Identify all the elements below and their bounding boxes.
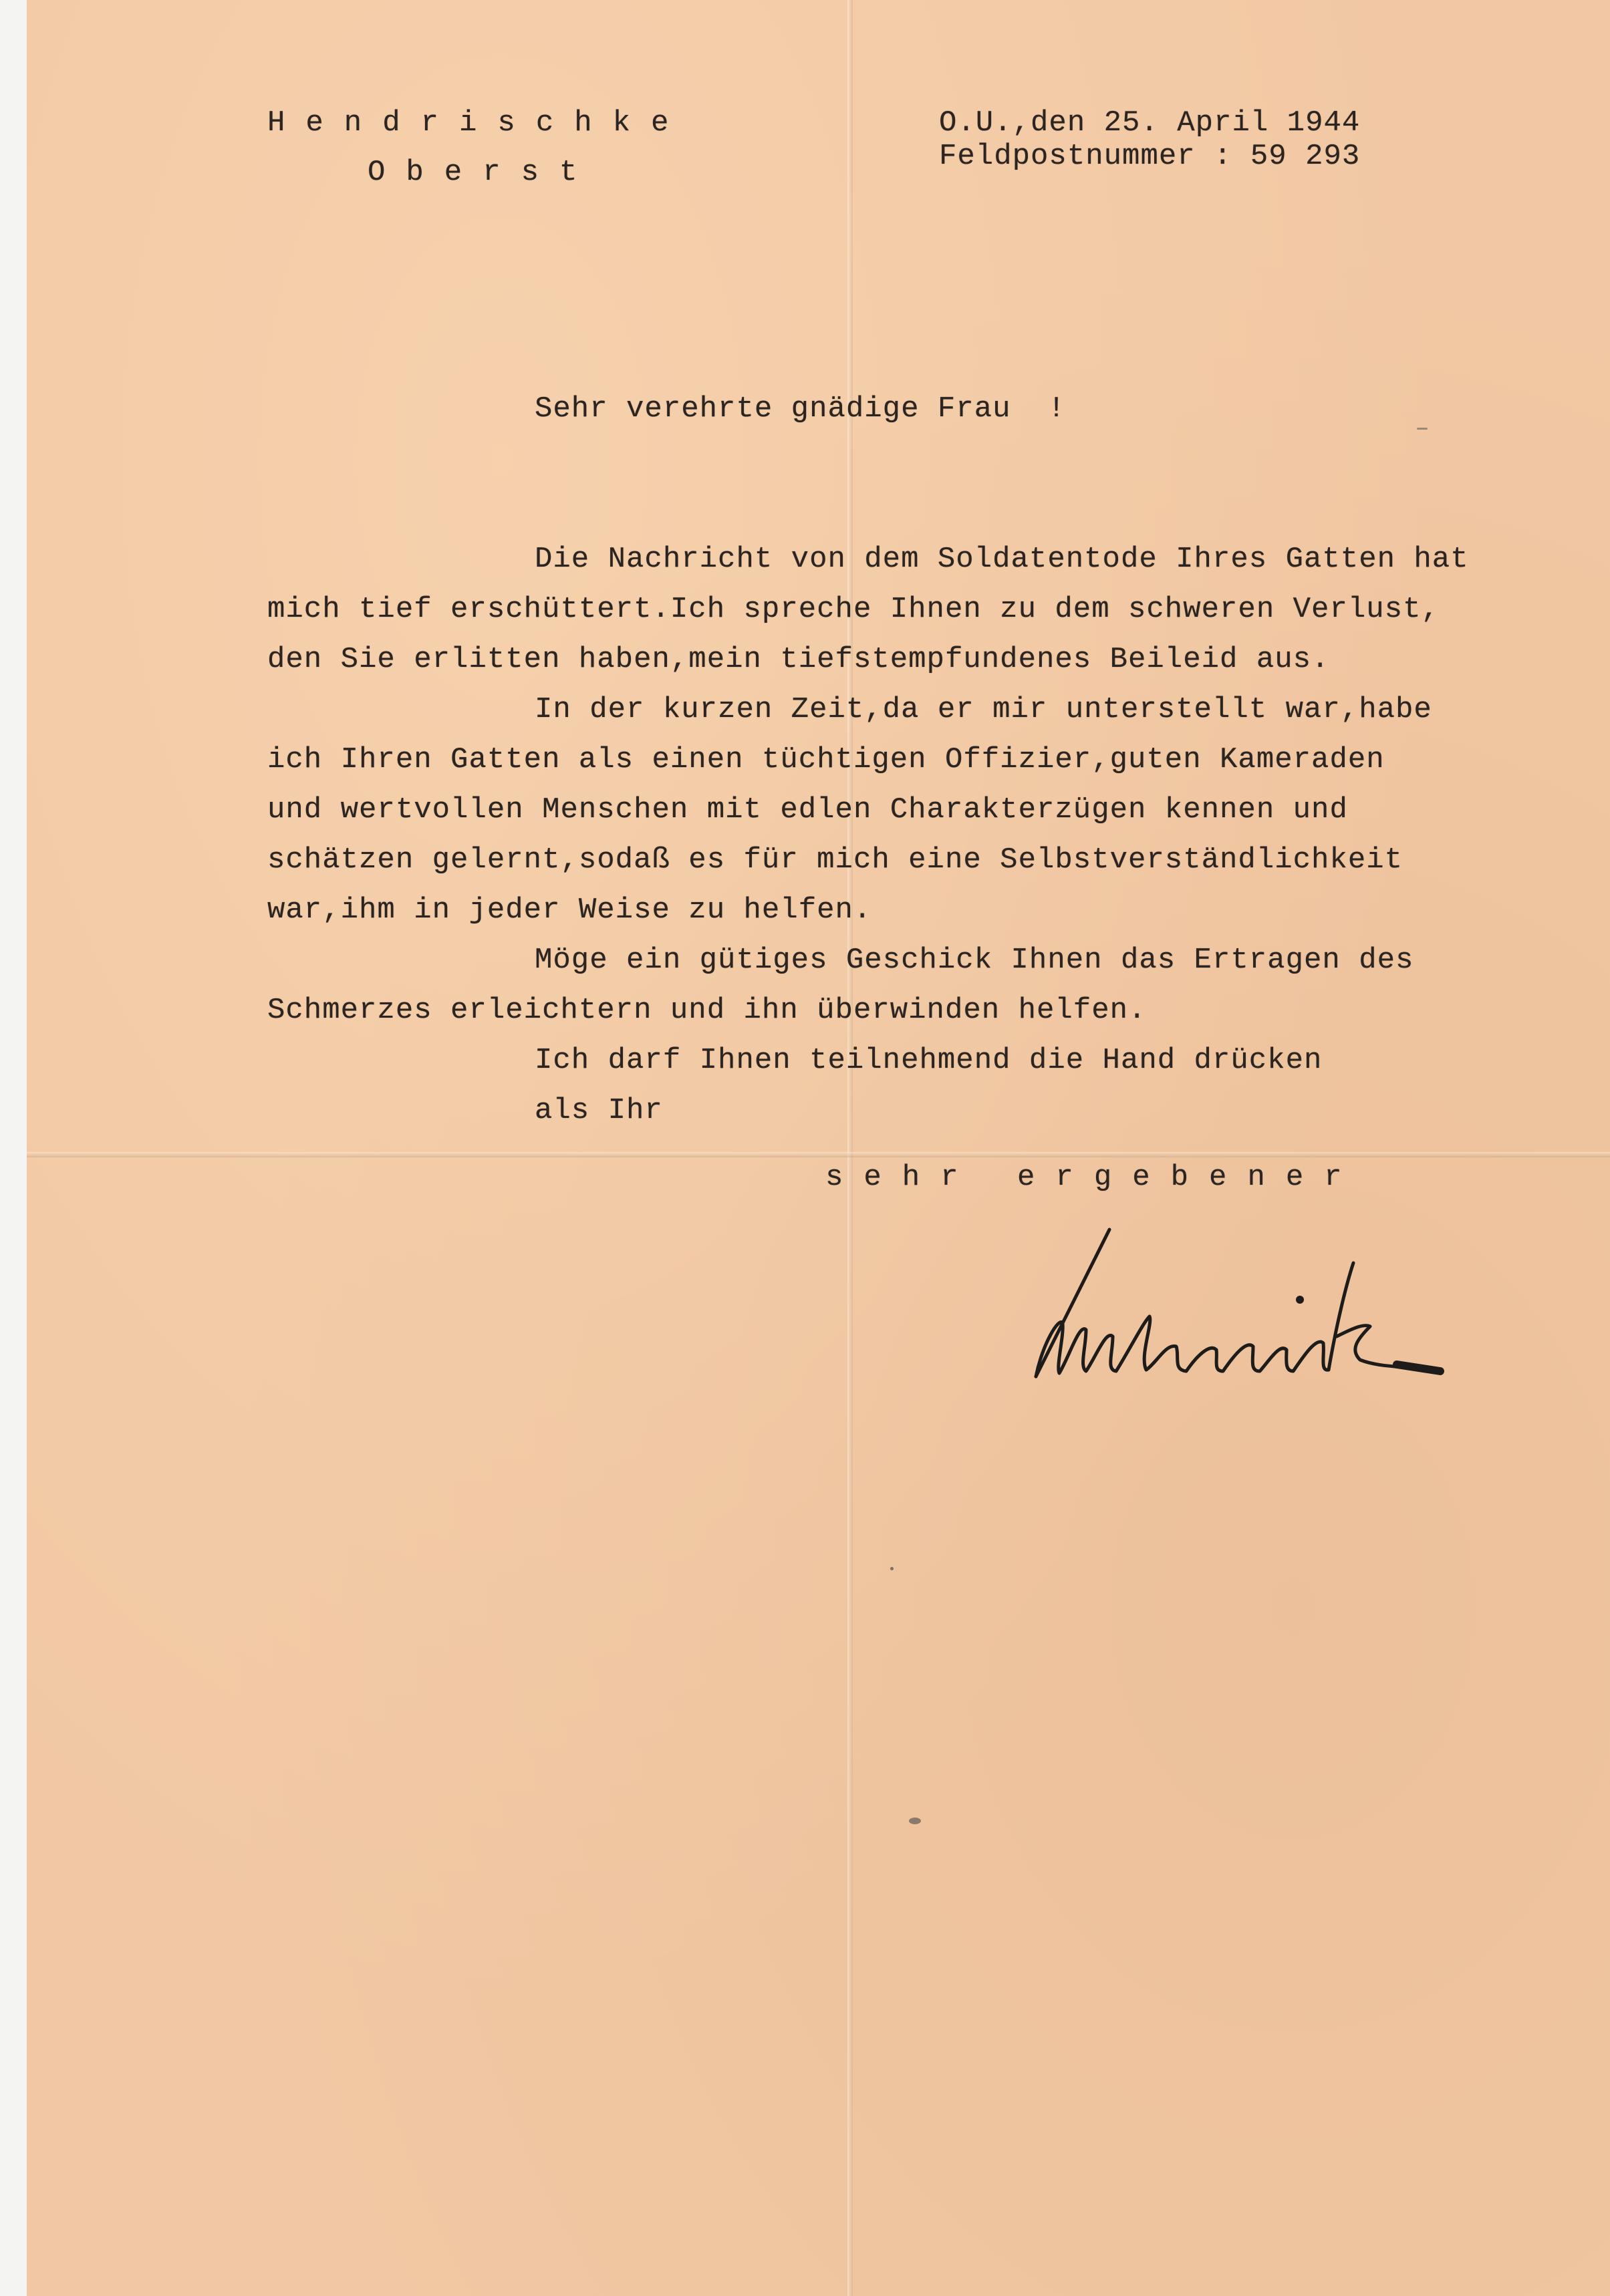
body-line: Schmerzes erleichtern und ihn überwinden… bbox=[267, 996, 1146, 1025]
signature-icon bbox=[1023, 1223, 1504, 1383]
body-line: Die Nachricht von dem Soldatentode Ihres… bbox=[535, 545, 1469, 574]
body-line: war,ihm in jeder Weise zu helfen. bbox=[267, 895, 871, 925]
paper-speck bbox=[890, 1567, 894, 1570]
body-line: ich Ihren Gatten als einen tüchtigen Off… bbox=[267, 745, 1385, 774]
field-post-number: Feldpostnummer : 59 293 bbox=[939, 142, 1360, 171]
body-line: In der kurzen Zeit,da er mir unterstellt… bbox=[535, 695, 1432, 724]
place-date: O.U.,den 25. April 1944 bbox=[939, 108, 1360, 138]
body-line: Möge ein gütiges Geschick Ihnen das Ertr… bbox=[535, 946, 1414, 975]
salutation: Sehr verehrte gnädige Frau ! bbox=[535, 394, 1066, 424]
body-line: Ich darf Ihnen teilnehmend die Hand drüc… bbox=[535, 1046, 1322, 1075]
vertical-fold-line bbox=[847, 0, 853, 2296]
letter-paper bbox=[27, 0, 1610, 2296]
sender-rank: Oberst bbox=[368, 158, 597, 187]
horizontal-fold-line bbox=[27, 1152, 1610, 1157]
body-line: schätzen gelernt,sodaß es für mich eine … bbox=[267, 845, 1403, 875]
body-line: als Ihr bbox=[535, 1096, 663, 1125]
body-line: und wertvollen Menschen mit edlen Charak… bbox=[267, 795, 1348, 825]
body-line: mich tief erschüttert.Ich spreche Ihnen … bbox=[267, 595, 1440, 624]
sender-name: Hendrischke bbox=[267, 108, 689, 138]
closing: sehr ergebener bbox=[825, 1163, 1363, 1192]
paper-speck bbox=[909, 1818, 921, 1824]
paper-speck bbox=[1417, 428, 1428, 430]
body-line: den Sie erlitten haben,mein tiefstempfun… bbox=[267, 645, 1329, 674]
